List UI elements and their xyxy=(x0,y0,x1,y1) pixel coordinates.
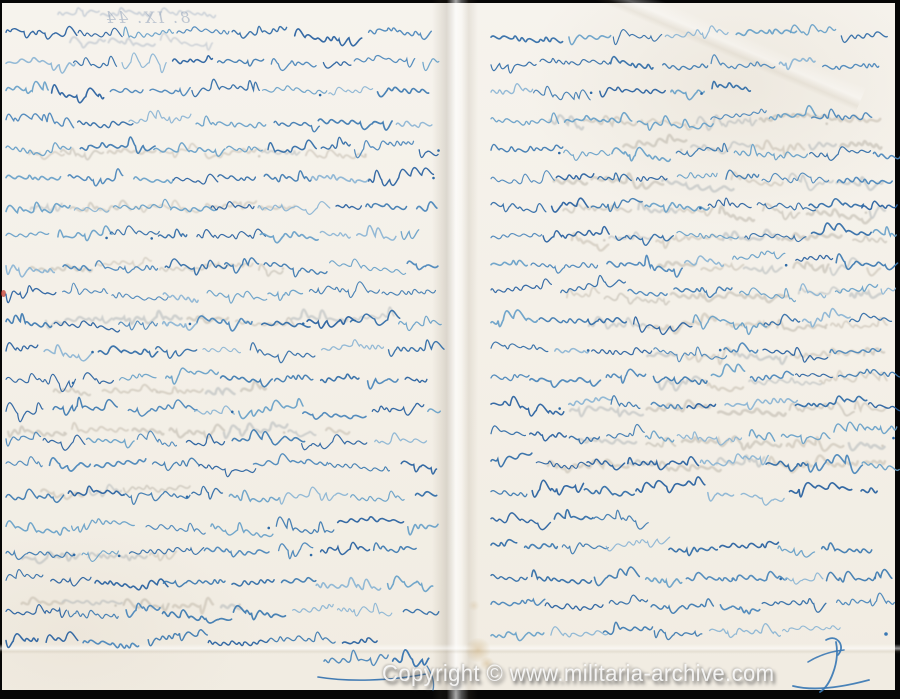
copyright-watermark: Copyright © www.militaria-archive.com xyxy=(382,660,774,687)
signature-flourish xyxy=(793,632,888,692)
letter-scan: 8. IX. 44 Copyright © www.militaria-arch… xyxy=(0,0,900,699)
handwriting-layer xyxy=(0,0,900,699)
ink-bleedthrough xyxy=(8,8,887,613)
